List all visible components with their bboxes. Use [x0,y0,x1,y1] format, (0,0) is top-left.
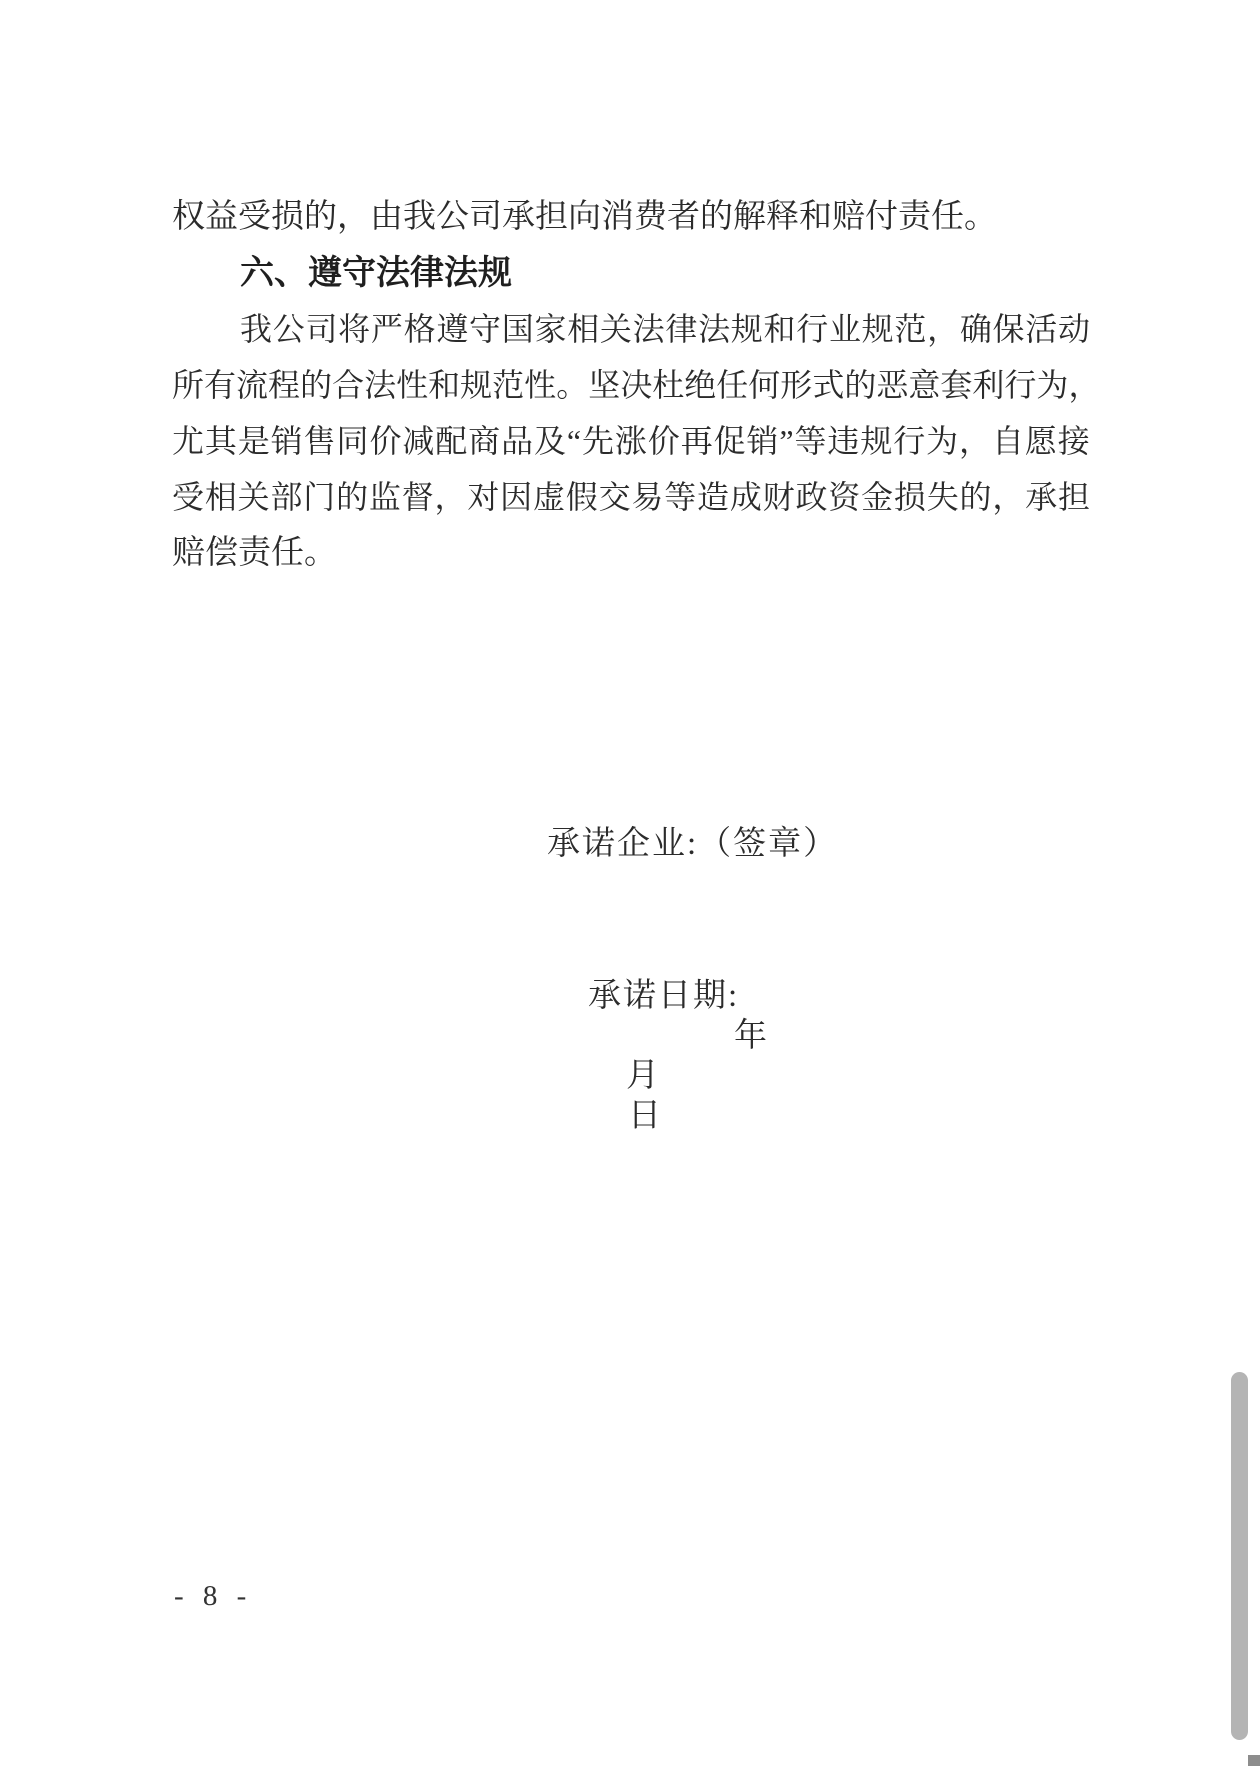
signature-company-line: 承诺企业:（签章） [547,824,838,864]
signature-date-month: 月 [626,1056,661,1096]
paragraph-line: 我公司将严格遵守国家相关法律法规和行业规范，确保活动 [172,308,1090,350]
paragraph-line: 所有流程的合法性和规范性。坚决杜绝任何形式的恶意套利行为， [172,364,1090,406]
signature-date-day: 日 [628,1096,663,1136]
signature-date-year: 年 [734,1016,769,1056]
document-page: 权益受损的，由我公司承担向消费者的解释和赔付责任。 六、遵守法律法规 我公司将严… [0,0,1260,1766]
paragraph-last-line: 赔偿责任。 [172,532,1090,574]
signature-date-line: 承诺日期: 年 月 日 [547,936,769,1176]
paragraph-line: 受相关部门的监督，对因虚假交易等造成财政资金损失的，承担 [172,476,1090,518]
scrollbar-thumb[interactable] [1231,1372,1248,1740]
page-number: - 8 - [174,1580,252,1613]
paragraph-continuation-line: 权益受损的，由我公司承担向消费者的解释和赔付责任。 [172,196,1090,238]
paragraph-line: 尤其是销售同价减配商品及“先涨价再促销”等违规行为，自愿接 [172,420,1090,462]
signature-date-label: 承诺日期: [588,976,739,1016]
scrollbar-corner [1248,1755,1260,1766]
section-heading: 六、遵守法律法规 [172,252,1090,294]
